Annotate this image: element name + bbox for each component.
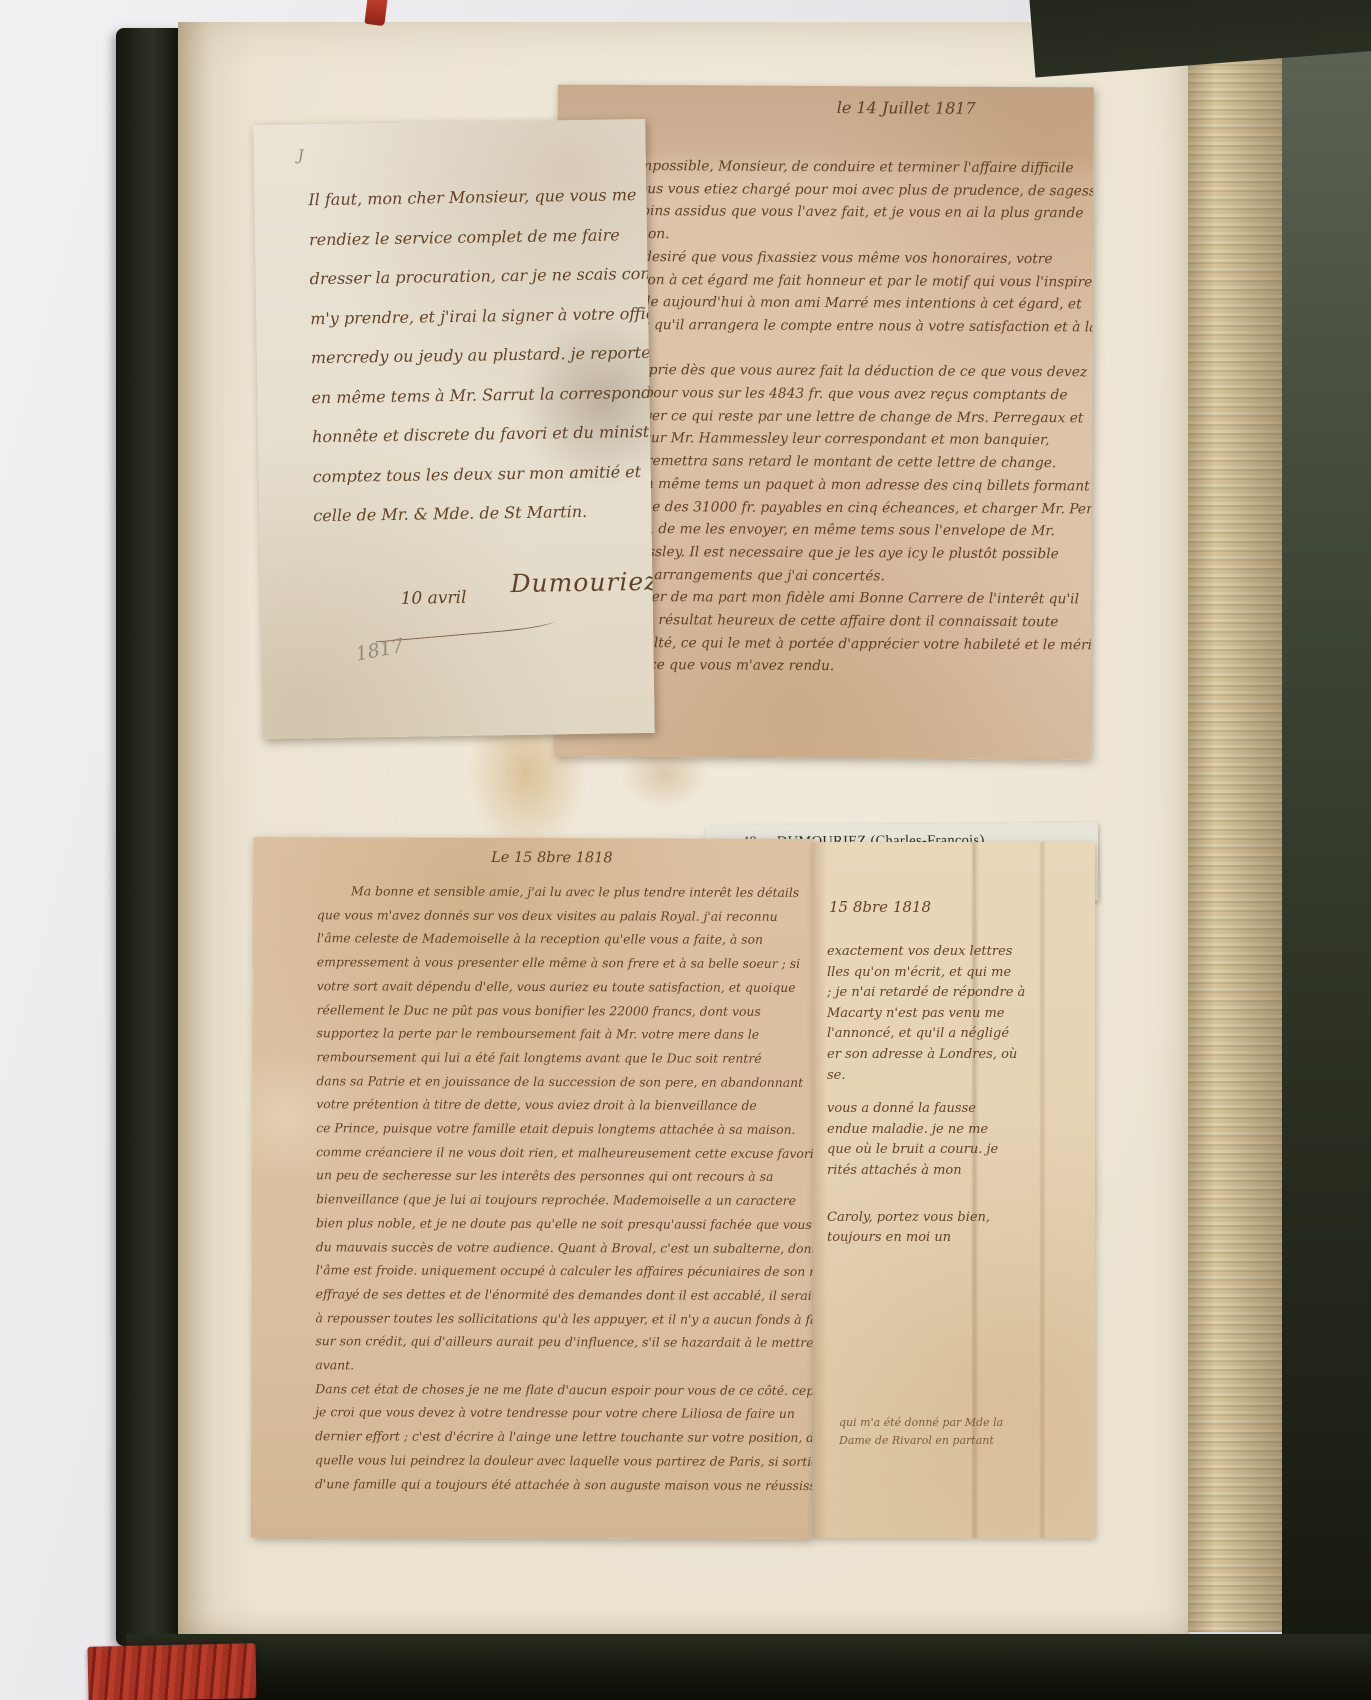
fore-edge-pages (1188, 52, 1286, 1632)
letter-october-1818-right: 15 8bre 1818 exactement vos deux lettres… (813, 842, 1095, 1538)
letter-april-signature-row: 10 avril Dumouriez 1817 (314, 557, 634, 562)
letter-october-text: Ma bonne et sensible amie, j'ai lu avec … (315, 879, 814, 1497)
letter-october-date: Le 15 8bre 1818 (491, 850, 612, 866)
letter-october-right-date: 15 8bre 1818 (829, 898, 931, 916)
pencil-mark: J (298, 146, 304, 164)
book-cover-right (1282, 0, 1371, 1700)
red-ribbon-top (364, 0, 387, 26)
red-ribbon-bottom (87, 1643, 256, 1700)
letter-july-text: Il est impossible, Monsieur, de conduire… (593, 155, 1094, 680)
letter-october-right-text: exactement vos deux lettreslles qu'on m'… (827, 942, 1025, 1249)
letter-july-date: le 14 Juillet 1817 (837, 98, 976, 118)
letter-april-1817: J Il faut, mon cher Monsieur, que vous m… (253, 119, 655, 739)
letter-october-postscript: qui m'a été donné par Mde laDame de Riva… (839, 1414, 1003, 1450)
book-spine (116, 28, 182, 1646)
dumouriez-signature: Dumouriez (510, 567, 655, 598)
letter-april-date: 10 avril (401, 588, 467, 609)
pencil-year: 1817 (354, 635, 406, 666)
letter-october-1818-left: Le 15 8bre 1818 Ma bonne et sensible ami… (251, 837, 814, 1539)
letter-april-text: Il faut, mon cher Monsieur, que vous mer… (308, 174, 655, 536)
photo-backdrop: le 14 Juillet 1817 Il est impossible, Mo… (0, 0, 1371, 1700)
book-cover-bottom (126, 1634, 1371, 1700)
